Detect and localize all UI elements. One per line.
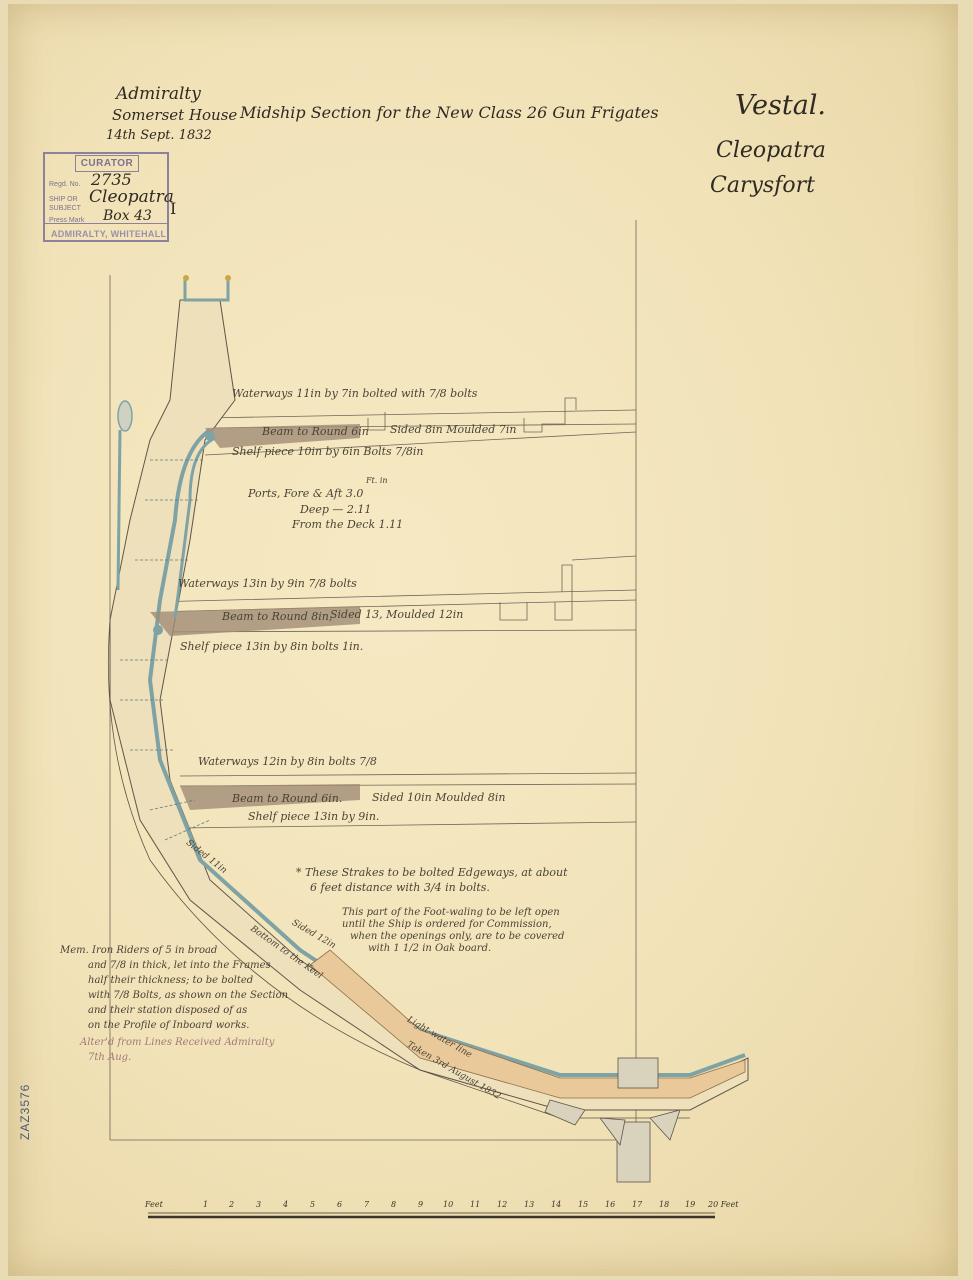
scale-tick-1: 1 (203, 1200, 208, 1209)
footwaling-note-4: with 1 1/2 in Oak board. (368, 943, 491, 954)
lower-beam-note: Beam to Round 6in. (232, 792, 342, 805)
scale-tick-18: 18 (659, 1200, 669, 1209)
scale-tick-11: 11 (470, 1200, 480, 1209)
scale-tick-4: 4 (283, 1200, 288, 1209)
ports-note-1: Ports, Fore & Aft 3.0 (248, 487, 363, 500)
scale-tick-15: 15 (578, 1200, 588, 1209)
upper-shelf-note: Shelf piece 10in by 6in Bolts 7/8in (232, 445, 424, 458)
lower-shelf-note: Shelf piece 13in by 9in. (248, 810, 379, 823)
riders-note-2: and 7/8 in thick, let into the Frames (88, 960, 271, 971)
ports-units: Ft. in (366, 476, 388, 485)
footwaling-note-3: when the openings only, are to be covere… (350, 931, 564, 942)
scale-tick-17: 17 (632, 1200, 642, 1209)
scale-tick-19: 19 (685, 1200, 695, 1209)
scale-end-label: 20 Feet (708, 1200, 739, 1209)
riders-note-3: half their thickness; to be bolted (88, 975, 253, 986)
lower-sided-note: Sided 10in Moulded 8in (372, 791, 505, 804)
faint-note-2: 7th Aug. (88, 1052, 131, 1063)
scale-tick-8: 8 (391, 1200, 396, 1209)
scale-tick-16: 16 (605, 1200, 615, 1209)
scale-tick-6: 6 (337, 1200, 342, 1209)
upper-waterways-note: Waterways 11in by 7in bolted with 7/8 bo… (232, 387, 477, 400)
middle-shelf-note: Shelf piece 13in by 8in bolts 1in. (180, 640, 363, 653)
footwaling-note-2: until the Ship is ordered for Commission… (342, 919, 552, 930)
riders-note-6: on the Profile of Inboard works. (88, 1020, 249, 1031)
scale-tick-14: 14 (551, 1200, 561, 1209)
scale-start-label: Feet (145, 1200, 163, 1209)
riders-note-4: with 7/8 Bolts, as shown on the Section (88, 990, 288, 1001)
lower-waterways-note: Waterways 12in by 8in bolts 7/8 (198, 755, 377, 768)
scale-tick-9: 9 (418, 1200, 423, 1209)
strakes-note-1: * These Strakes to be bolted Edgeways, a… (296, 866, 568, 879)
faint-note-1: Alter'd from Lines Received Admiralty (80, 1037, 274, 1048)
catalog-reference: ZAZ3576 (18, 1084, 32, 1140)
scale-tick-7: 7 (364, 1200, 369, 1209)
riders-note-1: Mem. Iron Riders of 5 in broad (60, 945, 217, 956)
scale-tick-2: 2 (229, 1200, 234, 1209)
footwaling-note-1: This part of the Foot-waling to be left … (342, 907, 560, 918)
upper-sided-note: Sided 8in Moulded 7in (390, 423, 516, 436)
strakes-note-2: 6 feet distance with 3/4 in bolts. (310, 881, 490, 894)
middle-waterways-note: Waterways 13in by 9in 7/8 bolts (178, 577, 357, 590)
scale-tick-5: 5 (310, 1200, 315, 1209)
ports-note-3: From the Deck 1.11 (292, 518, 403, 531)
ports-note-2: Deep — 2.11 (300, 503, 371, 516)
scale-tick-3: 3 (256, 1200, 261, 1209)
scale-tick-12: 12 (497, 1200, 507, 1209)
middle-sided-note: Sided 13, Moulded 12in (330, 608, 463, 621)
scale-tick-13: 13 (524, 1200, 534, 1209)
scale-tick-10: 10 (443, 1200, 453, 1209)
middle-beam-note: Beam to Round 8in, (222, 610, 332, 623)
upper-beam-note: Beam to Round 6in (262, 425, 369, 438)
riders-note-5: and their station disposed of as (88, 1005, 247, 1016)
